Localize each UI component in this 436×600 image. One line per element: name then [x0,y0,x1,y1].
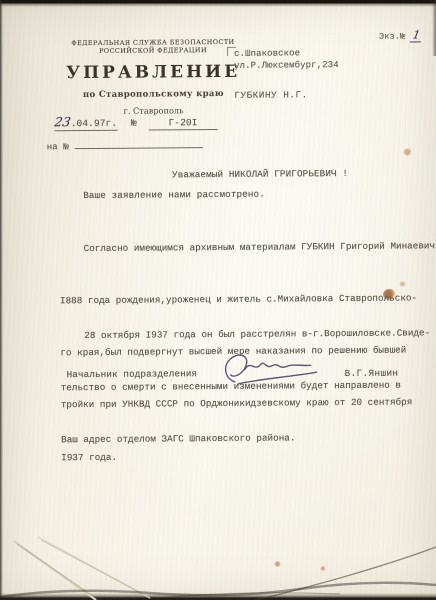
date-typed: .04.97г. [71,118,118,129]
body-line: Ваш адрес отделом ЗАГС Шпаковского район… [61,429,431,449]
signature-position-title: Начальник подразделения [67,368,198,380]
date-value: 23.04.97г. [55,118,118,131]
handwritten-exemplar-number: 1 [409,28,422,42]
recipient-address: с.Шпаковское ул.Р.Люксембург,234 [234,48,339,72]
recipient-settlement: с.Шпаковское [234,48,339,60]
letter-content: ФЕДЕРАЛЬНАЯ СЛУЖБА БЕЗОПАСНОСТИ РОССИЙСК… [0,0,436,600]
exemplar-line: Экз.№ 1 [379,28,422,42]
handwritten-signature [220,347,328,394]
number-sign: № [131,118,137,129]
body-line: Согласно имеющимся архивным материалам Г… [60,237,436,257]
scanned-letter-page: ФЕДЕРАЛЬНАЯ СЛУЖБА БЕЗОПАСНОСТИ РОССИЙСК… [0,0,436,600]
intro-line: Ваше заявление нами рассмотрено. [83,189,265,201]
exemplar-label: Экз.№ [379,32,405,42]
date-line: 23.04.97г. № Г-20I [55,113,218,129]
reference-blank [74,138,202,149]
reference-label: на № [47,142,69,152]
reference-line: на № [47,138,203,152]
handwritten-day: 23 [53,114,72,129]
body-line: 28 октября I937 года он был расстрелян в… [60,324,430,344]
outgoing-number: Г-20I [149,117,218,131]
signature-name: В.Г.Яншин [345,368,399,379]
salutation: Уважаемый НИКОЛАЙ ГРИГОРЬЕВИЧ ! [172,168,348,180]
recipient-street: ул.Р.Люксембург,234 [234,60,339,72]
recipient-name: ГУБКИНУ Н.Г. [234,89,307,101]
